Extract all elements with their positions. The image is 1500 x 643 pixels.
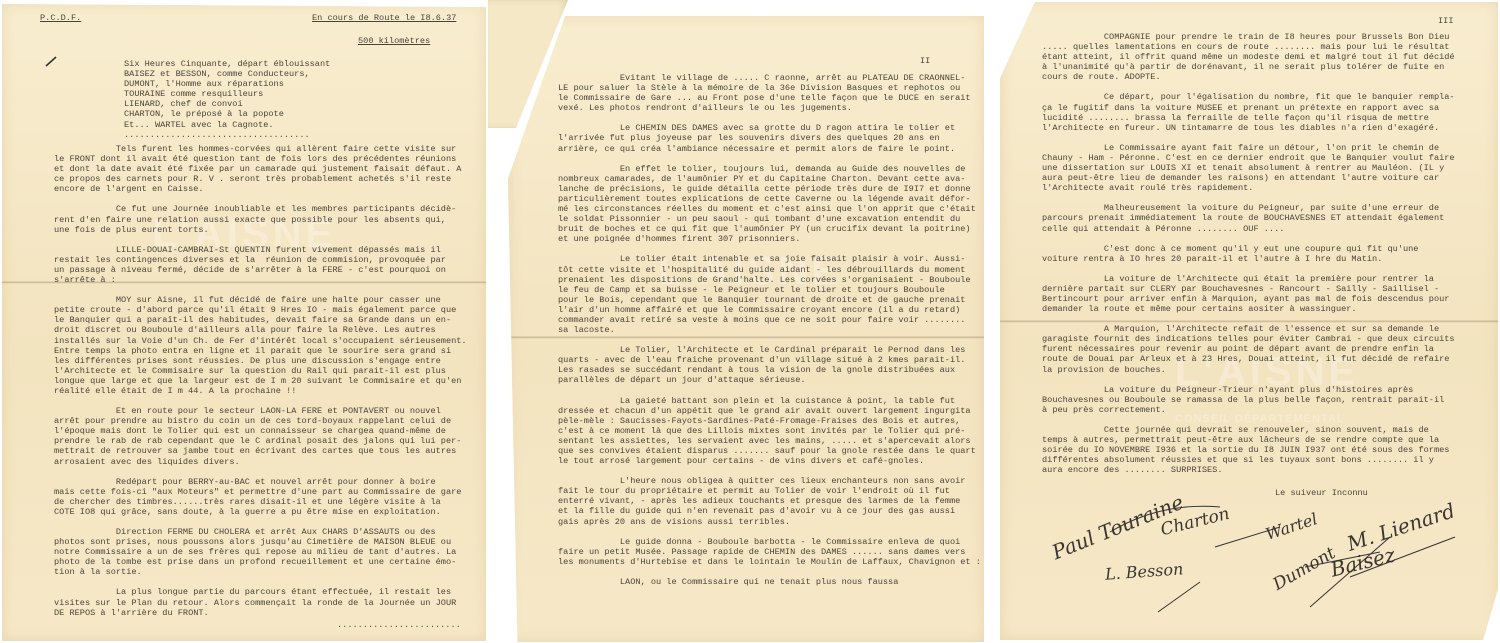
text-line: l'air d'un homme affairé et que le Commi… bbox=[558, 305, 981, 315]
text-line: une fois de plus eurent torts. bbox=[54, 225, 467, 235]
paragraph: COMPAGNIE pour prendre le train de I8 he… bbox=[1042, 32, 1455, 82]
text-line: différentes absolument réussies et que s… bbox=[1042, 455, 1455, 465]
text-line: mé les circonstances réelles du moment e… bbox=[558, 204, 981, 214]
text-line: celle qui attendait à Péronne ........ O… bbox=[1042, 224, 1455, 234]
text-line: à peu près correctement. bbox=[1042, 405, 1455, 415]
paragraph: Direction FERME DU CHOLERA et arrêt Aux … bbox=[54, 527, 467, 577]
text-line: Bertincourt pour arriver enfin à Marquio… bbox=[1042, 294, 1455, 304]
page-number: III bbox=[1438, 16, 1453, 26]
text-line: Le tolier était intenable et sa joie fai… bbox=[558, 254, 981, 264]
paragraph: Ce fut une Journée inoubliable et les me… bbox=[54, 204, 467, 234]
text-line: la provision de bouches. bbox=[1042, 365, 1455, 375]
text-line: LILLE-DOUAI-CAMBRAI-St QUENTIN furent vi… bbox=[54, 245, 467, 255]
text-line: l'époque mais dont le Tolier qui est un … bbox=[54, 426, 467, 436]
body-text: Tels furent les hommes-corvées qui allèr… bbox=[54, 144, 467, 628]
paragraph: En effet le tolier, toujours lui, demand… bbox=[558, 164, 981, 245]
paragraph: Cette journée qui devrait se renouveler,… bbox=[1042, 425, 1455, 475]
text-line: Evitant le village de ..... C raonne, ar… bbox=[558, 73, 981, 83]
text-line: parallèles de départ un jour d'attaque s… bbox=[558, 375, 981, 385]
page-3: L'AISNE CONSEIL DÉPARTEMENTAL III COMPAG… bbox=[1000, 2, 1498, 640]
text-line: COTE IO8 qui grâce, sans doute, à la gue… bbox=[54, 507, 467, 517]
text-line: le Commissaire de Gare ... au Front pose… bbox=[558, 93, 981, 103]
text-line: droit discret ou Bouboule d'ailleurs all… bbox=[54, 325, 467, 335]
text-line: pèle-mèle : Saucisses-Fayots-Sardines-Pa… bbox=[558, 416, 981, 426]
roster-separator: .................................... bbox=[124, 130, 330, 140]
paragraph: La plus longue partie du parcours étant … bbox=[54, 587, 467, 617]
text-line: route de Douai par Arleux et à 23 Hres, … bbox=[1042, 354, 1455, 364]
text-line: photo de la tombe est prise dans un prof… bbox=[54, 557, 467, 567]
text-line: Direction FERME DU CHOLERA et arrêt Aux … bbox=[54, 527, 467, 537]
text-line: c'est à ce moment là que des Lillois mix… bbox=[558, 426, 981, 436]
paragraph: L'heure nous obligea à quitter ces lieux… bbox=[558, 476, 981, 526]
text-line: Cette journée qui devrait se renouveler,… bbox=[1042, 425, 1455, 435]
paragraph: Le Commissaire ayant fait faire un détou… bbox=[1042, 143, 1455, 193]
paragraph: Ce départ, pour l'égalisation du nombre,… bbox=[1042, 92, 1455, 132]
text-line: un passage à niveau fermé, décide de s'a… bbox=[54, 265, 467, 275]
paragraph: Tels furent les hommes-corvées qui allèr… bbox=[54, 144, 467, 194]
text-line: Le CHEMIN DES DAMES avec sa grotte du D … bbox=[558, 123, 981, 133]
page-1: L'AISNE P.C.D.F. En cours de Route le I8… bbox=[2, 4, 486, 641]
text-line: l'arrivée fut plus joyeuse par les souve… bbox=[558, 133, 981, 143]
text-line: l'Architecte avait roulé très rapidement… bbox=[1042, 183, 1455, 193]
text-line: longue que large et que la largeur est d… bbox=[54, 376, 467, 386]
text-line: LE pour saluer la Stèle à la mémoire de … bbox=[558, 83, 981, 93]
text-line: aura peut-être lieu de demander les rais… bbox=[1042, 173, 1455, 183]
roster-list: Six Heures Cinquante, départ éblouissant… bbox=[124, 59, 330, 140]
text-line: Les rasades se succédant rendant à tous … bbox=[558, 365, 981, 375]
text-line: tion à la sortie. bbox=[54, 567, 467, 577]
text-line: et la fille du guide qui n'en revenait p… bbox=[558, 506, 981, 516]
roster-line: TOURAINE comme resquilleurs bbox=[124, 89, 330, 99]
paragraph: Et en route pour le secteur LAON-LA FERE… bbox=[54, 406, 467, 467]
paragraph: La voiture du Peigneur-Trieur n'ayant pl… bbox=[1042, 385, 1455, 415]
text-line: le feu de Camp et sa buisse - le Peigneu… bbox=[558, 285, 981, 295]
org-label: P.C.D.F. bbox=[40, 13, 81, 23]
pencil-mark-icon bbox=[44, 54, 58, 68]
text-line: La gaieté battant son plein et la cuista… bbox=[558, 396, 981, 406]
text-line: à l'unanimité qu'à partir de dorénavant,… bbox=[1042, 62, 1455, 72]
text-line: rent d'en faire une relation aussi exact… bbox=[54, 215, 467, 225]
text-line: cours de route. ADOPTE. bbox=[1042, 72, 1455, 82]
text-line: lucidité ........ brassa la ferraille de… bbox=[1042, 113, 1455, 123]
text-line: temps à autres, permettrait peut-être au… bbox=[1042, 435, 1455, 445]
text-line: pour le Bois, cependant que le Banquier … bbox=[558, 295, 981, 305]
text-line: arrière, ce qui créa l'ambiance nécessai… bbox=[558, 144, 981, 154]
text-line: gais après 20 ans de visions aussi terri… bbox=[558, 517, 981, 527]
page-2: L'AISNE II Evitant le village de ..... C… bbox=[508, 16, 984, 642]
roster-line: Six Heures Cinquante, départ éblouissant bbox=[124, 59, 330, 69]
text-line: Le Tolier, l'Architecte et le Cardinal p… bbox=[558, 345, 981, 355]
text-line: et dont la date avait été fixée par un c… bbox=[54, 164, 467, 174]
text-line: Entre temps la photo entra en ligne et i… bbox=[54, 346, 467, 356]
text-line: Le guide donna - Bouboule barbotta - le … bbox=[558, 537, 981, 547]
text-line: visites sur le Plan du retour. Alors com… bbox=[54, 598, 467, 608]
text-line: nombreux camarades, de l'aumônier PY et … bbox=[558, 174, 981, 184]
text-line: arrosaient avec des liquides divers. bbox=[54, 457, 467, 467]
text-line: s'arrête à : bbox=[54, 275, 467, 285]
text-line: commander avait retiré sa veste à moins … bbox=[558, 315, 981, 325]
text-line: Tels furent les hommes-corvées qui allèr… bbox=[54, 144, 467, 154]
text-line: l'Architecte en fureur. UN tintamarre de… bbox=[1042, 123, 1455, 133]
text-line: prenaient les dispositions de Grand'halt… bbox=[558, 275, 981, 285]
text-line: demander la route et même pour certains … bbox=[1042, 304, 1455, 314]
text-line: Ce départ, pour l'égalisation du nombre,… bbox=[1042, 92, 1455, 102]
paragraph: Le CHEMIN DES DAMES avec sa grotte du D … bbox=[558, 123, 981, 153]
text-line: La voiture du Peigneur-Trieur n'ayant pl… bbox=[1042, 385, 1455, 395]
text-line: garagiste fournit des indications telles… bbox=[1042, 334, 1455, 344]
roster-line: LIENARD, chef de convoi bbox=[124, 99, 330, 109]
text-line: petite croute - d'abord parce qu'il étai… bbox=[54, 305, 467, 315]
text-line: La plus longue partie du parcours étant … bbox=[54, 587, 467, 597]
text-line: tôt cette visite et l'hospitalité du gui… bbox=[558, 265, 981, 275]
page-number: II bbox=[920, 56, 930, 66]
footer-dots: ........................ bbox=[337, 620, 461, 630]
text-line: aura encore des ........ SURPRISES. bbox=[1042, 465, 1455, 475]
text-line: restait les contingences diverses et la … bbox=[54, 255, 467, 265]
roster-line: DUMONT, l'Homme aux réparations bbox=[124, 79, 330, 89]
text-line: le tout arrosé largement pour certains -… bbox=[558, 456, 981, 466]
distance-label: 500 kilomètres bbox=[358, 36, 430, 46]
text-line: MOY sur Aisne, il fut décidé de faire un… bbox=[54, 295, 467, 305]
text-line: vexé. Les photos rendront d'ailleurs le … bbox=[558, 103, 981, 113]
body-text: Evitant le village de ..... C raonne, ar… bbox=[558, 73, 981, 597]
paragraph: La gaieté battant son plein et la cuista… bbox=[558, 396, 981, 467]
text-line: mettrait de retrouver sa jambe tout en é… bbox=[54, 446, 467, 456]
text-line: prendre le rab de rab cependant que le C… bbox=[54, 436, 467, 446]
text-line: l'Architecte et le Commisaire sur la que… bbox=[54, 366, 467, 376]
text-line: voiture rentra à IO hres 20 parait-il et… bbox=[1042, 254, 1455, 264]
text-line: particulièrement toutes explications de … bbox=[558, 194, 981, 204]
text-line: Malheureusement la voiture du Peigneur, … bbox=[1042, 203, 1455, 213]
text-line: Le Commissaire ayant fait faire un détou… bbox=[1042, 143, 1455, 153]
roster-line: BAISEZ et BESSON, comme Conducteurs, bbox=[124, 69, 330, 79]
text-line: une dissertation sur LOUIS XI et tenait … bbox=[1042, 163, 1455, 173]
text-line: sa lacoste. bbox=[558, 325, 981, 335]
text-line: L'heure nous obligea à quitter ces lieux… bbox=[558, 476, 981, 486]
text-line: le soldat Pissonnier - un peu saoul - qu… bbox=[558, 214, 981, 224]
text-line: enterré vivant, - après les adieux touch… bbox=[558, 496, 981, 506]
paragraph: LILLE-DOUAI-CAMBRAI-St QUENTIN furent vi… bbox=[54, 245, 467, 285]
text-line: arrêt pour prendre au bistro du coin un … bbox=[54, 416, 467, 426]
signature-flourish-icon bbox=[1040, 497, 1480, 627]
text-line: ça le fugitif dans la voiture MUSEE et p… bbox=[1042, 103, 1455, 113]
text-line: de chercher des timbres......très rares … bbox=[54, 497, 467, 507]
text-line: Ce fut une Journée inoubliable et les me… bbox=[54, 204, 467, 214]
date-label: En cours de Route le I8.6.37 bbox=[312, 13, 456, 23]
text-line: encore de l'argent en Caisse. bbox=[54, 184, 467, 194]
text-line: Et en route pour le secteur LAON-LA FERE… bbox=[54, 406, 467, 416]
text-line: fait le tour du propriétaire et permit a… bbox=[558, 486, 981, 496]
paragraph: C'est donc à ce moment qu'il y eut une c… bbox=[1042, 244, 1455, 264]
text-line: que ses convives étaient disparus ......… bbox=[558, 446, 981, 456]
text-line: La voiture de l'Architecte qui était la … bbox=[1042, 274, 1455, 284]
text-line: bruit de boches et ce qui fit que l'aumô… bbox=[558, 224, 981, 234]
text-line: Bouchavesnes ou Bouboule se ramassa de l… bbox=[1042, 395, 1455, 405]
text-line: DE REPOS à l'arrière du FRONT. bbox=[54, 608, 467, 618]
text-line: parcours prenait immédiatement la route … bbox=[1042, 213, 1455, 223]
paragraph: La voiture de l'Architecte qui était la … bbox=[1042, 274, 1455, 314]
text-line: faire un petit Musée. Passage rapide de … bbox=[558, 547, 981, 557]
text-line: installés sur la Voie d'un Ch. de Fer d'… bbox=[54, 336, 467, 346]
paragraph: Evitant le village de ..... C raonne, ar… bbox=[558, 73, 981, 113]
text-line: dressée et chacun d'un appétit que le gr… bbox=[558, 406, 981, 416]
text-line: ..... quelles lamentations en cours de r… bbox=[1042, 42, 1455, 52]
paragraph: Le tolier était intenable et sa joie fai… bbox=[558, 254, 981, 335]
text-line: mais cette fois-ci "aux Moteurs" et perm… bbox=[54, 487, 467, 497]
text-line: le Banquier qui a paraît-il des habitude… bbox=[54, 315, 467, 325]
paragraph: LAON, ou le Commissaire qui ne tenait pl… bbox=[558, 577, 981, 587]
text-line: A Marquion, l'Architecte refait de l'ess… bbox=[1042, 324, 1455, 334]
text-line: photos sont prises, nous poussons alors … bbox=[54, 537, 467, 547]
text-line: LAON, ou le Commissaire qui ne tenait pl… bbox=[558, 577, 981, 587]
text-line: sentant les assiettes, les servaient ave… bbox=[558, 436, 981, 446]
text-line: dernière partait sur CLERY par Bouchaves… bbox=[1042, 284, 1455, 294]
text-line: ce propos des carnets pour R. V . seront… bbox=[54, 174, 467, 184]
paragraph: MOY sur Aisne, il fut décidé de faire un… bbox=[54, 295, 467, 396]
paragraph: Redépart pour BERRY-au-BAC et nouvel arr… bbox=[54, 477, 467, 517]
paragraph: Le Tolier, l'Architecte et le Cardinal p… bbox=[558, 345, 981, 385]
text-line: étant atteint, il offrit quand même un m… bbox=[1042, 52, 1455, 62]
roster-line: CHARTON, le préposé à la popote bbox=[124, 109, 330, 119]
text-line: COMPAGNIE pour prendre le train de I8 he… bbox=[1042, 32, 1455, 42]
text-line: réalité elle était de I m 44. A la proch… bbox=[54, 386, 467, 396]
paragraph: A Marquion, l'Architecte refait de l'ess… bbox=[1042, 324, 1455, 374]
text-line: C'est donc à ce moment qu'il y eut une c… bbox=[1042, 244, 1455, 254]
text-line: En effet le tolier, toujours lui, demand… bbox=[558, 164, 981, 174]
text-line: et une poignée d'hommes firent 307 priso… bbox=[558, 234, 981, 244]
text-line: furent nécessaires pour revenir au point… bbox=[1042, 344, 1455, 354]
text-line: le FRONT dont il avait été question tant… bbox=[54, 154, 467, 164]
text-line: lanche de précisions, le guide détailla … bbox=[558, 184, 981, 194]
text-line: les différentes prises sont réussies. De… bbox=[54, 356, 467, 366]
text-line: notre Commissaire a un de ses frères qui… bbox=[54, 547, 467, 557]
text-line: quarts - avec de l'eau fraiche provenant… bbox=[558, 355, 981, 365]
text-line: Redépart pour BERRY-au-BAC et nouvel arr… bbox=[54, 477, 467, 487]
paragraph: Le guide donna - Bouboule barbotta - le … bbox=[558, 537, 981, 567]
roster-line: Et... WARTEL avec la Cagnote. bbox=[124, 120, 330, 130]
body-text: COMPAGNIE pour prendre le train de I8 he… bbox=[1042, 32, 1455, 485]
paragraph: Malheureusement la voiture du Peigneur, … bbox=[1042, 203, 1455, 233]
text-line: soirée du IO NOVEMBRE I936 et la sortie … bbox=[1042, 445, 1455, 455]
text-line: Chauny - Ham - Péronne. C'est en ce dern… bbox=[1042, 153, 1455, 163]
text-line: les monuments d'Hurtebise et dans le loi… bbox=[558, 557, 981, 567]
